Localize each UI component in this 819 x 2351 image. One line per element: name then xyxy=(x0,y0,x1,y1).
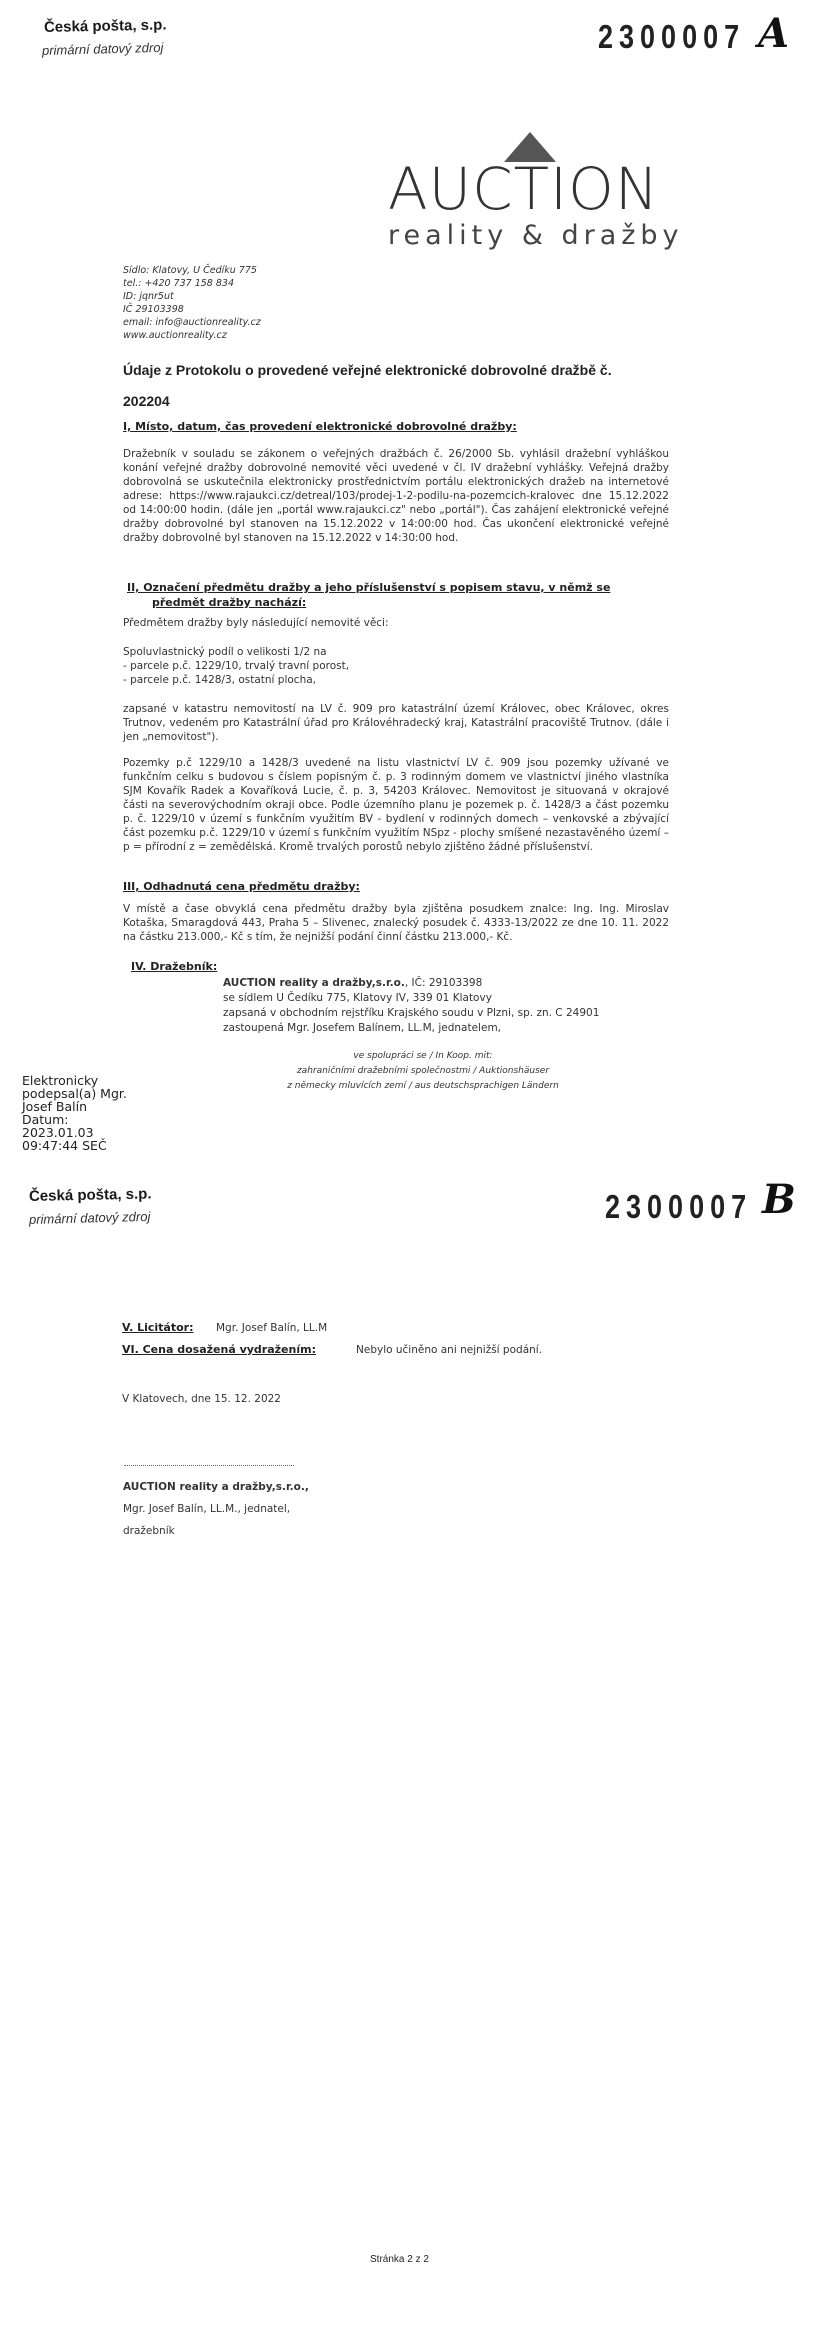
cooperation-line: zahraničními dražebními společnostmi / A… xyxy=(263,1064,583,1079)
postal-stamp-issuer: Česká pošta, s.p. xyxy=(29,1185,152,1205)
parcel-item: - parcele p.č. 1428/3, ostatní plocha, xyxy=(123,673,669,687)
signature-line-dots xyxy=(124,1465,294,1466)
contact-email: email: info@auctionreality.cz xyxy=(123,316,261,329)
contact-block: Sídlo: Klatovy, U Čedíku 775 tel.: +420 … xyxy=(123,264,261,342)
postal-stamp-subtitle: primární datový zdroj xyxy=(42,40,164,58)
licitator-value: Mgr. Josef Balín, LL.M xyxy=(216,1322,327,1334)
contact-phone: tel.: +420 737 158 834 xyxy=(123,277,261,290)
cooperation-line: ve spolupráci se / In Koop. mit: xyxy=(263,1049,583,1064)
cooperation-note: ve spolupráci se / In Koop. mit: zahrani… xyxy=(263,1049,583,1094)
price-label: VI. Cena dosažená vydražením: xyxy=(122,1342,356,1357)
auctioneer-ico: , IČ: 29103398 xyxy=(405,977,482,989)
postal-stamp-issuer: Česká pošta, s.p. xyxy=(44,16,167,36)
logo-tagline: reality & dražby xyxy=(388,222,684,249)
handwritten-suffix: A xyxy=(758,10,789,57)
contact-website: www.auctionreality.cz xyxy=(123,329,261,342)
section-3-text: V místě a čase obvyklá cena předmětu dra… xyxy=(123,902,669,944)
section-2-share: Spoluvlastnický podíl o velikosti 1/2 na xyxy=(123,645,669,659)
licitator-row: V. Licitátor:Mgr. Josef Balín, LL.M xyxy=(122,1320,327,1336)
section-2-registry: zapsané v katastru nemovitostí na LV č. … xyxy=(123,702,669,744)
company-logo: AUCTION reality & dražby xyxy=(388,132,684,249)
signer-role: dražebník xyxy=(123,1520,309,1542)
place-date: V Klatovech, dne 15. 12. 2022 xyxy=(122,1392,281,1407)
postal-stamp-subtitle: primární datový zdroj xyxy=(29,1209,151,1227)
section-2-intro: Předmětem dražby byly následující nemovi… xyxy=(123,616,669,630)
section-1-text: Dražebník v souladu se zákonem o veřejný… xyxy=(123,447,669,545)
section-2-heading: II, Označení předmětu dražby a jeho přís… xyxy=(127,581,610,594)
page-footer: Stránka 2 z 2 xyxy=(370,2254,429,2265)
signature-line: 09:47:44 SEČ xyxy=(22,1139,127,1152)
electronic-signature: Elektronicky podepsal(a) Mgr. Josef Balí… xyxy=(22,1074,127,1152)
cooperation-line: z německy mluvících zemí / aus deutschsp… xyxy=(263,1079,583,1094)
section-2-heading-cont: předmět dražby nachází: xyxy=(152,596,306,609)
contact-address: Sídlo: Klatovy, U Čedíku 775 xyxy=(123,264,261,277)
price-value: Nebylo učiněno ani nejnižší podání. xyxy=(356,1344,542,1356)
document-number: 2300007 xyxy=(605,1188,752,1227)
auctioneer-registry: zapsaná v obchodním rejstříku Krajského … xyxy=(223,1006,599,1021)
document-number: 2300007 xyxy=(598,18,745,57)
licitator-label: V. Licitátor: xyxy=(122,1320,216,1335)
section-3-heading: III, Odhadnutá cena předmětu dražby: xyxy=(123,880,360,893)
parcel-item: - parcele p.č. 1229/10, trvalý travní po… xyxy=(123,659,669,673)
signer-company: AUCTION reality a dražby,s.r.o., xyxy=(123,1481,309,1493)
price-row: VI. Cena dosažená vydražením:Nebylo učin… xyxy=(122,1342,542,1358)
contact-databox-id: ID: jqnr5ut xyxy=(123,290,261,303)
section-4-heading: IV. Dražebník: xyxy=(131,960,217,973)
auctioneer-representative: zastoupená Mgr. Josefem Balínem, LL.M, j… xyxy=(223,1021,599,1036)
signer-person: Mgr. Josef Balín, LL.M., jednatel, xyxy=(123,1498,309,1520)
signer-block: AUCTION reality a dražby,s.r.o., Mgr. Jo… xyxy=(123,1476,309,1542)
document-title-number: 202204 xyxy=(123,393,170,409)
auctioneer-company: AUCTION reality a dražby,s.r.o. xyxy=(223,977,405,989)
auctioneer-details: AUCTION reality a dražby,s.r.o., IČ: 291… xyxy=(223,976,599,1036)
logo-wordmark: AUCTION xyxy=(388,160,684,218)
contact-ico: IČ 29103398 xyxy=(123,303,261,316)
section-1-heading: I, Místo, datum, čas provedení elektroni… xyxy=(123,420,517,433)
handwritten-suffix: B xyxy=(762,1176,796,1223)
document-title: Údaje z Protokolu o provedené veřejné el… xyxy=(123,362,612,378)
section-2-description: Pozemky p.č 1229/10 a 1428/3 uvedené na … xyxy=(123,756,669,854)
auctioneer-seat: se sídlem U Čedíku 775, Klatovy IV, 339 … xyxy=(223,991,599,1006)
